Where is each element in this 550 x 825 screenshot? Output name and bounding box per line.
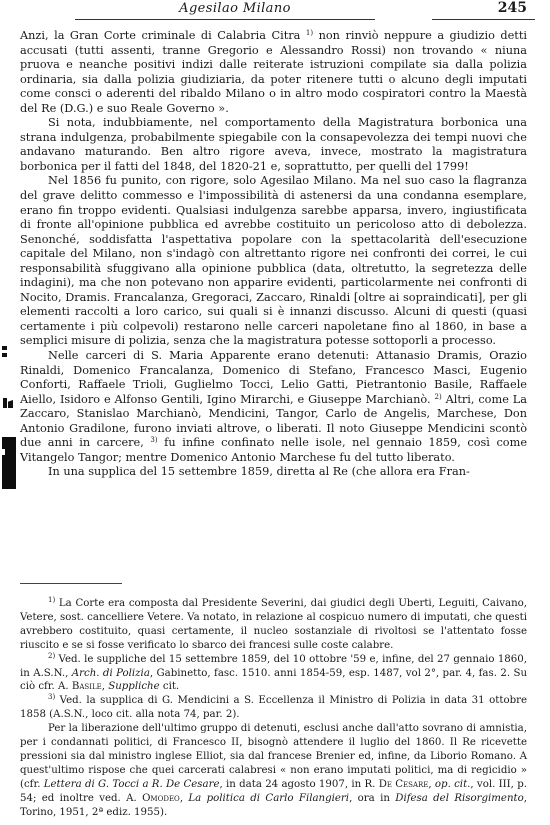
text-run: Si nota, indubbiamente, nel comportament… [20,116,527,173]
italic-title: op. cit. [435,779,470,790]
footnote-reference: 2) [435,393,442,401]
body-paragraph: Si nota, indubbiamente, nel comportament… [20,116,527,174]
footnote: Per la liberazione dell'ultimo gruppo di… [20,722,527,819]
text-run: , in data 24 agosto 1907, in R. [220,779,379,790]
author-name: De Cesare [379,779,429,790]
margin-k-mark [3,398,13,408]
body-paragraph: Nelle carceri di S. Maria Apparente eran… [20,349,527,465]
body-paragraph: In una supplica del 15 settembre 1859, d… [20,465,527,480]
text-run: cit. [160,681,180,692]
text-run: Anzi, la Gran Corte criminale di Calabri… [20,29,306,42]
footnote-separator-rule [20,583,122,584]
page-number: 245 [498,0,527,16]
text-run: Nel 1856 fu punito, con rigore, solo Age… [20,174,527,347]
running-title: Agesilao Milano [20,1,450,16]
header-rule-left [75,19,375,20]
footnote-reference: 3) [150,436,157,444]
main-body-text: Anzi, la Gran Corte criminale di Calabri… [20,29,527,480]
footnote: 1) La Corte era composta dal Presidente … [20,597,527,653]
author-name: Omodeo [142,793,180,804]
book-page: Agesilao Milano 245 Anzi, la Gran Corte … [0,0,550,825]
italic-title: Difesa del Risorgimento [395,793,523,804]
italic-title: Lettera di G. Tocci a R. De Cesare [44,779,220,790]
italic-title: La politica di Carlo Filangieri [188,793,349,804]
footnote: 3) Ved. la supplica di G. Mendicini a S.… [20,694,527,722]
body-paragraph: Nel 1856 fu punito, con rigore, solo Age… [20,174,527,349]
header-rule-right [432,19,535,20]
text-run: , ora in [349,793,395,804]
running-head: Agesilao Milano 245 [20,0,527,22]
text-run: In una supplica del 15 settembre 1859, d… [48,465,470,478]
italic-title: Suppliche [108,681,159,692]
margin-dots-mark [2,346,7,358]
italic-title: Arch. di Polizia [72,668,150,679]
text-run: Ved. la supplica di G. Mendicini a S. Ec… [20,695,527,720]
footnote: 2) Ved. le suppliche del 15 settembre 18… [20,653,527,695]
author-name: Basile [72,681,102,692]
body-paragraph: Anzi, la Gran Corte criminale di Calabri… [20,29,527,116]
footnotes: 1) La Corte era composta dal Presidente … [20,597,527,820]
margin-black-bar-mark [2,437,16,489]
text-run: La Corte era composta dal Presidente Sev… [20,598,527,651]
